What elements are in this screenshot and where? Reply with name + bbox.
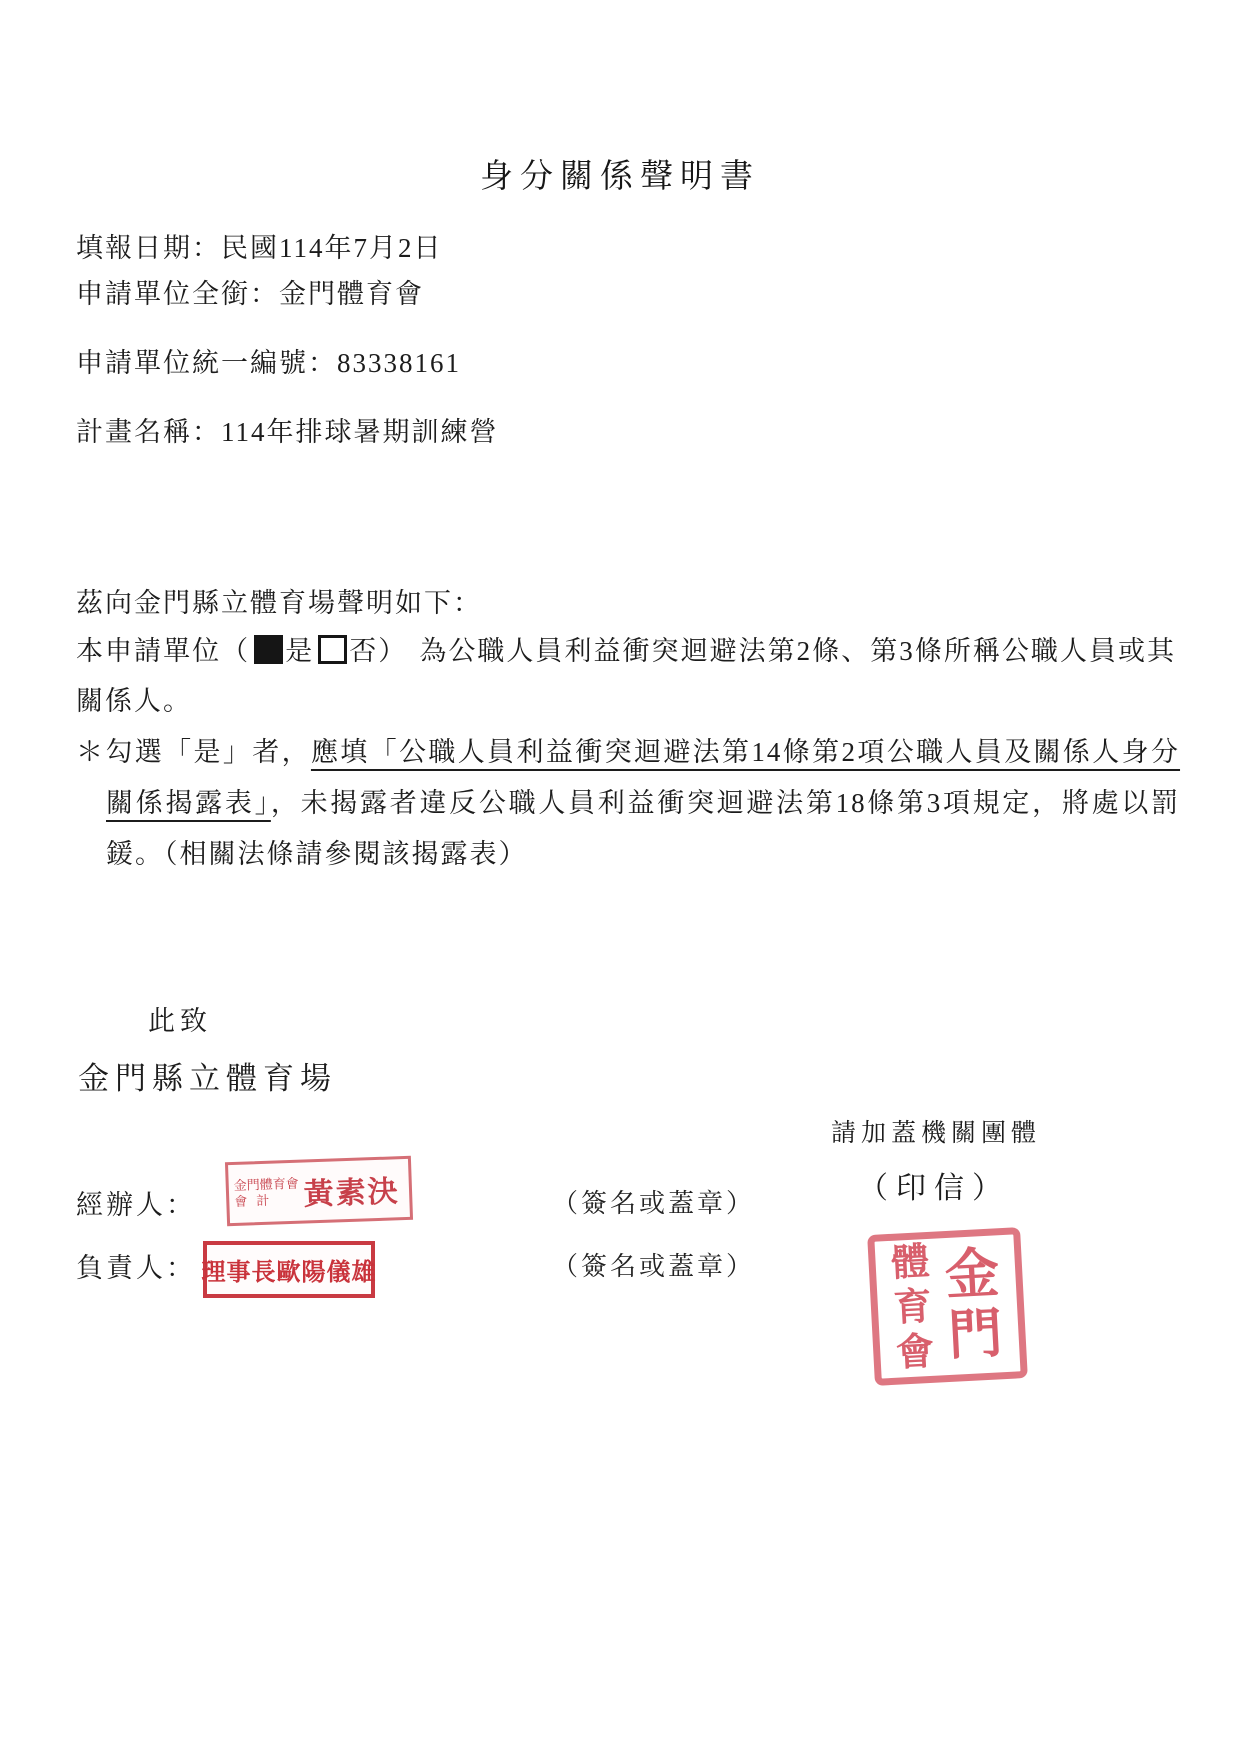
organization-seal: 金門 體育會 <box>867 1227 1028 1386</box>
yes-label: 是 <box>285 636 314 666</box>
principal-stamp: 理事長歐陽儀雄 <box>203 1241 375 1298</box>
field-unified-number: 申請單位統一編號：83338161 <box>76 341 461 380</box>
declaration-intro: 茲向金門縣立體育場聲明如下： <box>76 581 482 620</box>
checkbox-yes <box>254 635 283 664</box>
paren-open: （ <box>221 636 250 666</box>
note-marker: ＊ <box>76 737 105 767</box>
field-project-name: 計畫名稱：114年排球暑期訓練營 <box>76 410 499 449</box>
field-label: 填報日期： <box>76 233 221 263</box>
handler-stamp-title: 會計 <box>234 1192 300 1211</box>
recipient-name: 金門縣立體育場 <box>78 1053 337 1098</box>
principal-role-label: 負責人： <box>76 1246 196 1285</box>
statement-prefix: 本申請單位 <box>76 636 221 666</box>
handler-stamp-name: 黃素決 <box>298 1166 404 1214</box>
declaration-document-page: 身分關係聲明書 填報日期：民國114年7月2日 申請單位全銜：金門體育會 申請單… <box>0 0 1240 1753</box>
field-label: 申請單位統一編號： <box>76 348 337 378</box>
seal-instruction-line2: （印信） <box>858 1163 1010 1207</box>
field-value: 83338161 <box>337 348 461 378</box>
field-label: 計畫名稱： <box>76 417 221 447</box>
field-value: 金門體育會 <box>279 279 424 309</box>
handler-stamp: 金門體育會 會計 黃素決 <box>225 1156 413 1226</box>
field-label: 申請單位全銜： <box>76 279 279 309</box>
field-applicant-name: 申請單位全銜：金門體育會 <box>76 272 424 311</box>
paren-close: ） <box>378 636 407 666</box>
handler-role-label: 經辦人： <box>76 1183 196 1222</box>
no-label: 否 <box>349 636 378 666</box>
seal-instruction-line1: 請加蓋機關團體 <box>831 1113 1041 1149</box>
field-report-date: 填報日期：民國114年7月2日 <box>76 226 443 265</box>
checkbox-no <box>318 635 347 664</box>
principal-sign-hint: （簽名或蓋章） <box>552 1246 755 1283</box>
handler-stamp-org-title: 金門體育會 會計 <box>233 1175 299 1210</box>
declaration-statement: 本申請單位（是否）為公職人員利益衝突迴避法第2條、第3條所稱公職人員或其關係人。 <box>76 626 1176 726</box>
field-value: 民國114年7月2日 <box>221 233 443 263</box>
note-prefix: 勾選「是」者， <box>105 737 311 767</box>
handler-sign-hint: （簽名或蓋章） <box>552 1183 755 1220</box>
seal-column-right: 金門 <box>942 1244 1005 1366</box>
closing-salute: 此致 <box>148 999 212 1038</box>
document-title: 身分關係聲明書 <box>0 150 1240 197</box>
field-value: 114年排球暑期訓練營 <box>221 417 499 447</box>
declaration-note: ＊勾選「是」者，應填「公職人員利益衝突迴避法第14條第2項公職人員及關係人身分關… <box>76 727 1180 880</box>
seal-column-left: 體育會 <box>889 1240 936 1376</box>
